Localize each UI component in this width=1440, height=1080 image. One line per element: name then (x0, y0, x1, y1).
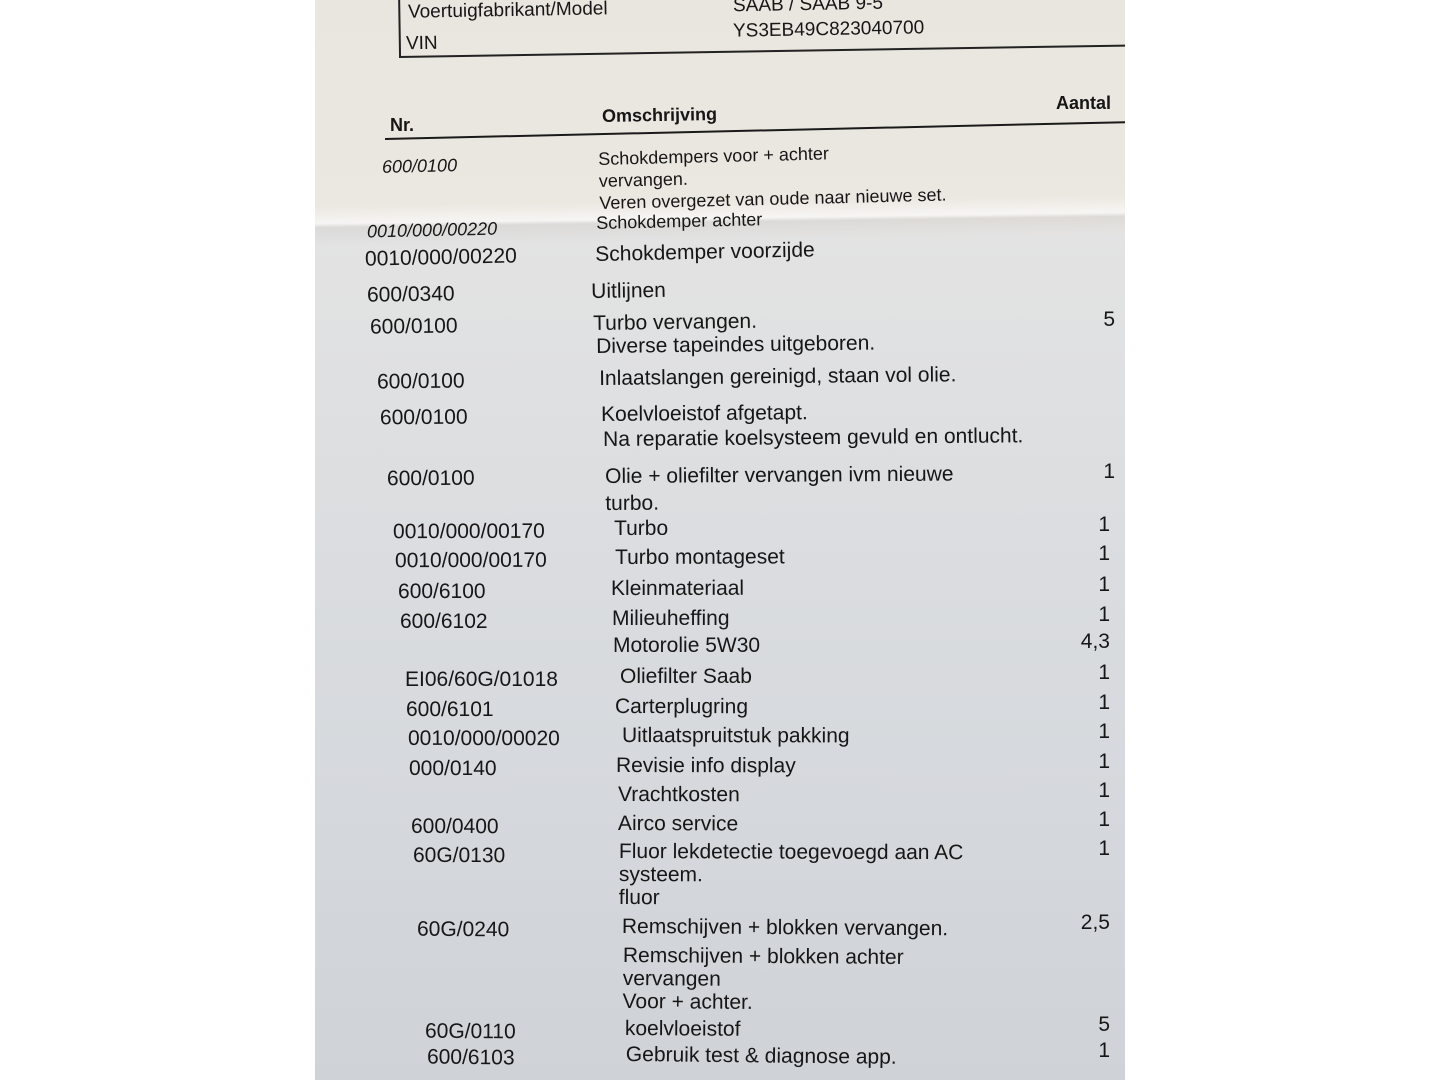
item-description: Turbo montageset (615, 544, 785, 571)
item-quantity: 1 (1070, 808, 1110, 832)
item-quantity: 1 (1070, 1039, 1110, 1063)
item-description: Revisie info display (616, 753, 796, 779)
description-line: Olie + oliefilter vervangen ivm nieuwe (605, 461, 954, 490)
description-line: Diverse tapeindes uitgeboren. (596, 331, 875, 360)
item-quantity: 1 (1070, 542, 1110, 566)
item-number: 600/0100 (387, 467, 475, 492)
item-number: 000/0140 (409, 757, 497, 781)
item-quantity: 1 (1070, 720, 1110, 744)
description-line: Motorolie 5W30 (613, 633, 760, 659)
description-line: Turbo montageset (615, 544, 785, 571)
description-line: Oliefilter Saab (620, 664, 752, 690)
description-line: Kleinmateriaal (611, 576, 744, 602)
item-quantity: 1 (1070, 603, 1110, 627)
item-description: Inlaatslangen gereinigd, staan vol olie. (599, 362, 957, 392)
item-number: 600/6103 (427, 1046, 515, 1071)
description-line: Na reparatie koelsysteem gevuld en ontlu… (603, 423, 1023, 453)
description-line: Schokdemper voorzijde (595, 237, 815, 268)
column-header-quantity: Aantal (1056, 93, 1111, 114)
item-quantity: 1 (1070, 837, 1110, 861)
description-line: Uitlijnen (591, 278, 666, 305)
item-number: 60G/0240 (417, 918, 509, 943)
item-description: Uitlaatspruitstuk pakking (622, 723, 850, 749)
item-description: Vrachtkosten (618, 782, 740, 808)
description-line: Milieuheffing (612, 606, 730, 632)
item-number: EI06/60G/01018 (405, 668, 558, 692)
description-line: Inlaatslangen gereinigd, staan vol olie. (599, 362, 957, 392)
item-number: 0010/000/00170 (395, 549, 547, 574)
item-number: 600/0100 (380, 406, 468, 431)
description-line: Fluor lekdetectie toegevoegd aan AC (619, 840, 963, 864)
item-description: Koelvloeistof afgetapt. (601, 400, 808, 428)
item-description: Oliefilter Saab (620, 664, 752, 690)
item-number: 0010/000/00170 (393, 520, 545, 545)
item-quantity: 1 (1070, 779, 1110, 803)
item-description: Turbo (614, 516, 668, 542)
description-line: Revisie info display (616, 753, 796, 779)
item-description: Carterplugring (615, 694, 748, 720)
description-line: Remschijven + blokken vervangen. (622, 914, 948, 942)
description-line: vervangen (623, 967, 904, 992)
item-number: 600/6101 (406, 698, 494, 722)
item-description: Olie + oliefilter vervangen ivm nieuwetu… (605, 461, 954, 517)
item-number: 600/6100 (398, 580, 486, 604)
item-quantity: 4,3 (1070, 630, 1110, 654)
description-line: Airco service (618, 811, 738, 837)
item-quantity: 1 (1070, 750, 1110, 774)
item-description: Milieuheffing (612, 606, 730, 632)
item-number: 600/0100 (377, 370, 465, 395)
item-number: 600/0400 (411, 815, 499, 839)
description-line: Voor + achter. (623, 990, 904, 1015)
item-number: 600/0100 (382, 155, 458, 178)
vehicle-label: Voertuigfabrikant/Model (408, 0, 608, 24)
item-description: Fluor lekdetectie toegevoegd aan ACsyste… (619, 840, 964, 910)
item-description: Diverse tapeindes uitgeboren. (596, 331, 875, 360)
item-number: 600/0340 (367, 282, 455, 307)
item-description: Airco service (618, 811, 738, 837)
description-line: Carterplugring (615, 694, 748, 720)
item-description: koelvloeistof (625, 1016, 741, 1043)
vin-label: VIN (406, 33, 438, 56)
item-description: Schokdemper achter (596, 208, 763, 234)
column-header-nr: Nr. (390, 115, 414, 136)
description-line: Vrachtkosten (618, 782, 740, 808)
item-description: Motorolie 5W30 (613, 633, 760, 659)
description-line: systeem. (619, 863, 963, 887)
item-description: Remschijven + blokken achtervervangenVoo… (623, 944, 904, 1015)
item-number: 0010/000/00220 (367, 219, 498, 243)
item-quantity: 1 (1070, 661, 1110, 685)
item-description: Schokdempers voor + achtervervangen.Vere… (598, 140, 947, 214)
item-quantity: 2,5 (1070, 911, 1110, 935)
description-line: koelvloeistof (625, 1016, 741, 1043)
item-quantity: 1 (1075, 460, 1115, 484)
item-quantity: 1 (1070, 573, 1110, 597)
description-line: turbo. (605, 488, 954, 517)
item-description: Kleinmateriaal (611, 576, 744, 602)
item-description: Schokdemper voorzijde (595, 237, 815, 268)
item-number: 60G/0110 (425, 1020, 516, 1045)
item-number: 0010/000/00220 (365, 244, 517, 271)
document-photo: Voertuigfabrikant/Model SAAB / SAAB 9-5 … (315, 0, 1125, 1080)
item-number: 600/6102 (400, 610, 488, 634)
item-number: 60G/0130 (413, 844, 505, 868)
column-header-description: Omschrijving (602, 104, 717, 127)
vehicle-value: SAAB / SAAB 9-5 (733, 0, 883, 17)
description-line: Uitlaatspruitstuk pakking (622, 723, 850, 749)
item-description: Gebruik test & diagnose app. (626, 1042, 897, 1071)
item-number: 600/0100 (370, 314, 458, 339)
vin-value: YS3EB49C823040700 (733, 17, 925, 42)
item-number: 0010/000/00020 (408, 727, 560, 751)
description-line: Remschijven + blokken achter (623, 944, 904, 969)
item-quantity: 1 (1070, 513, 1110, 537)
description-line: Turbo (614, 516, 668, 542)
description-line: Schokdemper achter (596, 208, 763, 234)
item-description: Uitlijnen (591, 278, 666, 305)
item-description: Remschijven + blokken vervangen. (622, 914, 948, 942)
description-line: Gebruik test & diagnose app. (626, 1042, 897, 1071)
item-description: Na reparatie koelsysteem gevuld en ontlu… (603, 423, 1023, 453)
description-line: Koelvloeistof afgetapt. (601, 400, 808, 428)
description-line: fluor (619, 886, 963, 910)
header-rule (385, 121, 1125, 140)
item-quantity: 5 (1075, 308, 1115, 332)
item-quantity: 1 (1070, 691, 1110, 715)
item-quantity: 5 (1070, 1013, 1110, 1037)
